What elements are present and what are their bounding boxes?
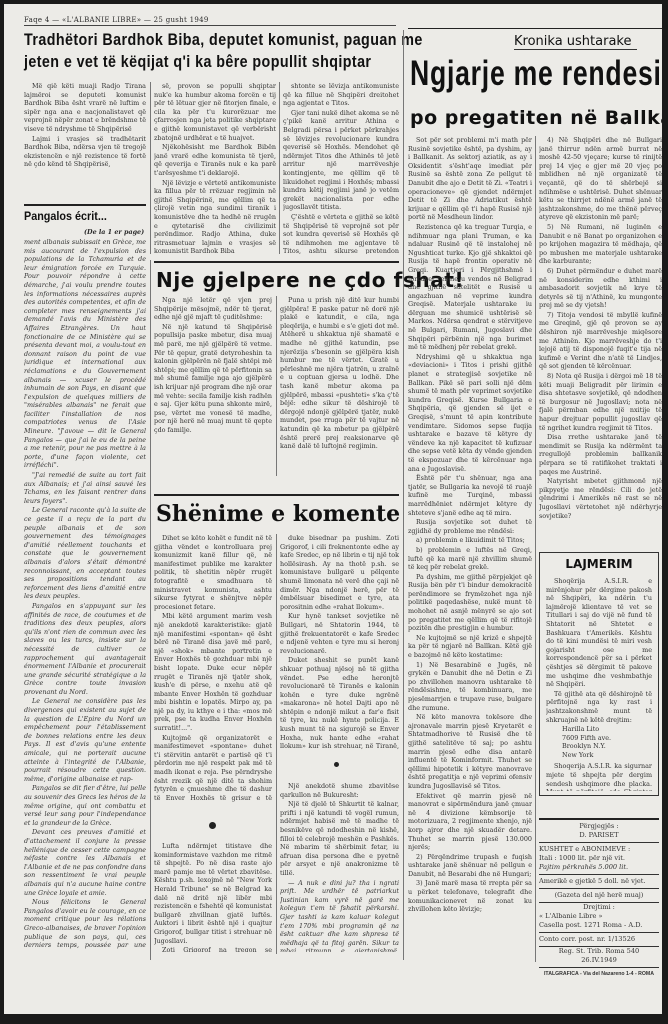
address: Harilla Lito 7609 Fifth ave. Brooklyn N.…	[562, 725, 652, 759]
lead-column-3: shtonte se lëvizja antikomuniste që ka f…	[283, 82, 399, 254]
kronika-subheadline: po pregatiten në Ballkan	[410, 107, 662, 129]
divider	[150, 260, 151, 960]
divider	[276, 534, 277, 954]
separator-dot	[334, 762, 339, 767]
lajmerim-title: LAJMERIM	[540, 557, 658, 571]
section-rule	[408, 28, 662, 29]
pangalos-title: Pangalos écrit...	[24, 209, 107, 223]
colophon: Përgjegjës : D. PARISET KUSHTET e ABONIM…	[539, 822, 659, 1012]
gjelpere-column-1: Nga një letër që vjen prej Shqipërije më…	[154, 296, 272, 476]
lead-headline-line1: Tradhëtori Bardhok Biba, deputet komunis…	[24, 30, 423, 50]
divider	[535, 136, 536, 962]
separator-dot	[209, 822, 216, 829]
kronika-column-2: 4) Në Shqipëri dhe në Bullgari janë thir…	[539, 136, 662, 546]
section-rule	[154, 494, 399, 496]
section-rule	[24, 204, 146, 206]
kronika-section-label: Kronika ushtarake	[514, 34, 637, 50]
pangalos-subtitle: (De la 1 er page)	[84, 228, 144, 236]
shenime-title: Shënime e komente	[156, 501, 400, 527]
masthead: Faqe 4 — «L'ALBANIE LIBRE» — 25 gusht 19…	[24, 16, 396, 26]
gjelpere-column-2: Puna u prish një ditë kur humbi gjëlpëra…	[280, 296, 399, 476]
divider	[403, 30, 404, 960]
lajmerim-notice: LAJMERIM Shoqërija A.S.I.R. e mirënjohur…	[539, 552, 659, 796]
shenime-column-1b: Lufta ndërmjet titistave dhe kominformis…	[154, 842, 272, 952]
kronika-column-1: Sot për sot problemi m'i math për Rusinë…	[408, 136, 532, 962]
divider	[276, 296, 277, 476]
pangalos-article: ment albanais subissait en Grèce, me mis…	[24, 238, 146, 950]
section-rule	[154, 261, 399, 263]
lead-column-2: së, provon se populli shqiptar nuk'e ka …	[154, 82, 276, 254]
shenime-column-2b: Një anekdotë shume zbavitëse qarkullon n…	[280, 782, 399, 952]
kronika-headline: Ngjarje me rendesi	[410, 54, 662, 94]
shenime-column-2: duke bisednar pa pushim. Zoti Grigorof, …	[280, 534, 399, 750]
lead-headline-line2: jeten e vet të këqijat q'i ka bêre popul…	[24, 52, 371, 72]
newspaper-page: Faqe 4 — «L'ALBANIE LIBRE» — 25 gusht 19…	[4, 4, 662, 1014]
lead-column-1: Më qië këti muaji Radjo Tirana lajmëroi …	[24, 82, 146, 200]
shenime-column-1: Dihet se këto kohët e fundit në të gjith…	[154, 534, 272, 802]
lajmerim-body: Shoqërija A.S.I.R. e mirënjohur për dërg…	[546, 577, 652, 791]
section-rule	[539, 818, 659, 820]
divider	[150, 82, 151, 254]
divider	[279, 82, 280, 254]
